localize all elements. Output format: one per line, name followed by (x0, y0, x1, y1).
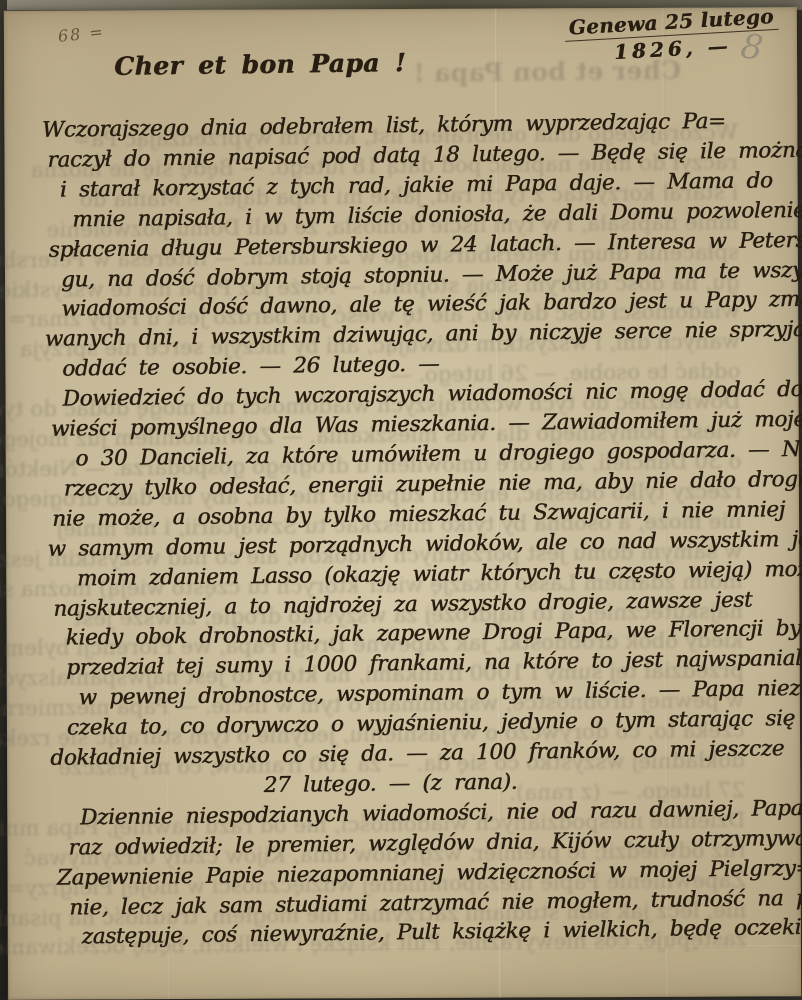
scanned-letter-page: 68 = 8 Genewa 25 lutego 1826, — Cher et … (0, 0, 802, 1000)
letter-body: Cher et bon Papa ! Wczorajszego dnia ode… (58, 43, 776, 953)
archival-number: 68 = (57, 22, 106, 46)
paper-sheet: 68 = 8 Genewa 25 lutego 1826, — Cher et … (4, 7, 801, 999)
salutation-line: Cher et bon Papa ! (114, 43, 764, 82)
